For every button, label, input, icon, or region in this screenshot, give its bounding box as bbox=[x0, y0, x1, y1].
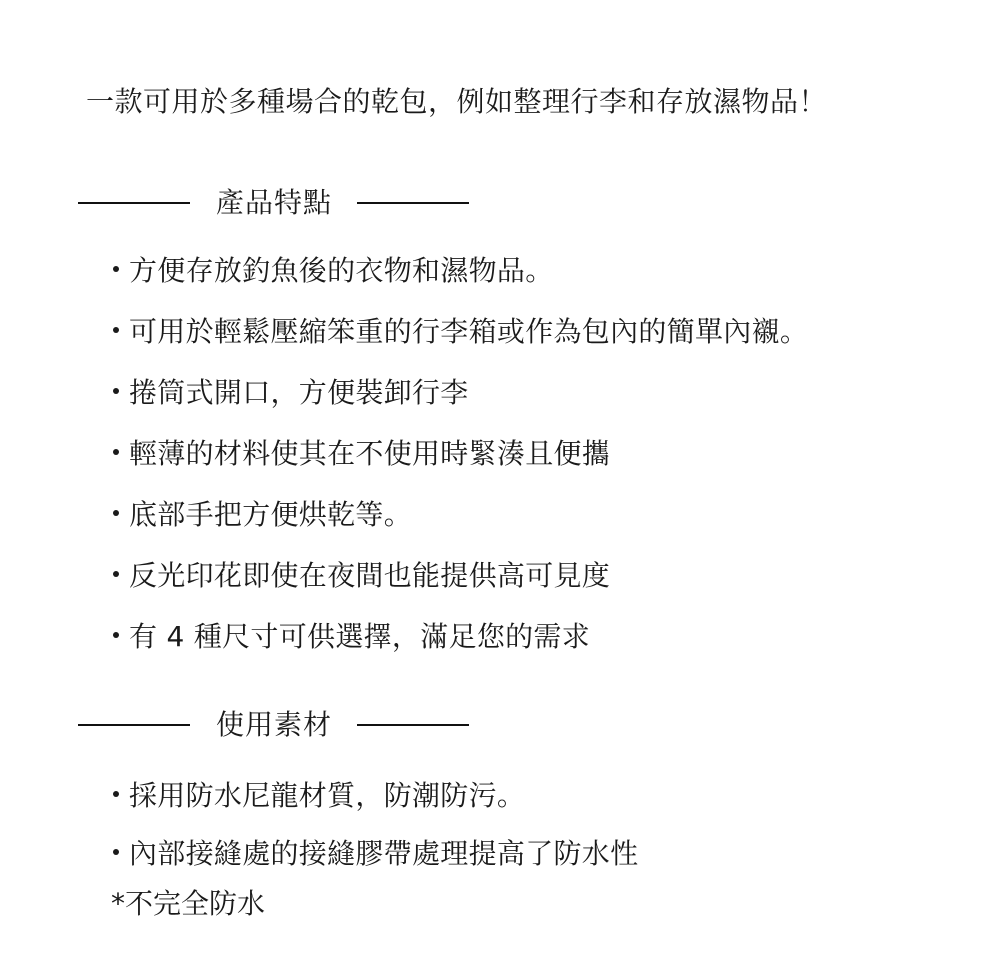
bullet-icon bbox=[113, 632, 119, 638]
item-text: 採用防水尼龍材質，防潮防污。 bbox=[129, 774, 525, 814]
divider-left bbox=[78, 202, 190, 204]
divider-left bbox=[78, 724, 190, 726]
materials-list: 採用防水尼龍材質，防潮防污。 內部接縫處的接縫膠帶處理提高了防水性 bbox=[108, 765, 638, 881]
section-header-features: 產品特點 bbox=[78, 183, 484, 223]
item-text: 底部手把方便烘乾等。 bbox=[129, 493, 412, 533]
item-text: 可用於輕鬆壓縮笨重的行李箱或作為包內的簡單內襯。 bbox=[129, 310, 808, 350]
item-text: 輕薄的材料使其在不使用時緊湊且便攜 bbox=[129, 432, 610, 472]
section-title: 產品特點 bbox=[216, 183, 332, 223]
bullet-icon bbox=[113, 791, 119, 797]
list-item: 底部手把方便烘乾等。 bbox=[108, 482, 808, 543]
bullet-icon bbox=[113, 510, 119, 516]
item-text: 有 4 種尺寸可供選擇，滿足您的需求 bbox=[129, 615, 590, 655]
list-item: 捲筒式開口，方便裝卸行李 bbox=[108, 360, 808, 421]
item-text: 捲筒式開口，方便裝卸行李 bbox=[129, 371, 469, 411]
list-item: 方便存放釣魚後的衣物和濕物品。 bbox=[108, 238, 808, 299]
bullet-icon bbox=[113, 388, 119, 394]
list-item: 可用於輕鬆壓縮笨重的行李箱或作為包內的簡單內襯。 bbox=[108, 299, 808, 360]
list-item: 採用防水尼龍材質，防潮防污。 bbox=[108, 765, 638, 823]
features-list: 方便存放釣魚後的衣物和濕物品。 可用於輕鬆壓縮笨重的行李箱或作為包內的簡單內襯。… bbox=[108, 238, 808, 665]
list-item: 有 4 種尺寸可供選擇，滿足您的需求 bbox=[108, 604, 808, 665]
divider-right bbox=[357, 202, 469, 204]
list-item: 反光印花即使在夜間也能提供高可見度 bbox=[108, 543, 808, 604]
item-text: 內部接縫處的接縫膠帶處理提高了防水性 bbox=[129, 832, 638, 872]
divider-right bbox=[357, 724, 469, 726]
list-item: 輕薄的材料使其在不使用時緊湊且便攜 bbox=[108, 421, 808, 482]
item-text: 反光印花即使在夜間也能提供高可見度 bbox=[129, 554, 610, 594]
section-header-materials: 使用素材 bbox=[78, 705, 484, 745]
waterproof-note: *不完全防水 bbox=[111, 884, 265, 924]
bullet-icon bbox=[113, 571, 119, 577]
bullet-icon bbox=[113, 327, 119, 333]
headline: 一款可用於多種場合的乾包，例如整理行李和存放濕物品！ bbox=[86, 82, 827, 122]
bullet-icon bbox=[113, 266, 119, 272]
section-title: 使用素材 bbox=[216, 705, 332, 745]
list-item: 內部接縫處的接縫膠帶處理提高了防水性 bbox=[108, 823, 638, 881]
bullet-icon bbox=[113, 849, 119, 855]
bullet-icon bbox=[113, 449, 119, 455]
item-text: 方便存放釣魚後的衣物和濕物品。 bbox=[129, 249, 554, 289]
